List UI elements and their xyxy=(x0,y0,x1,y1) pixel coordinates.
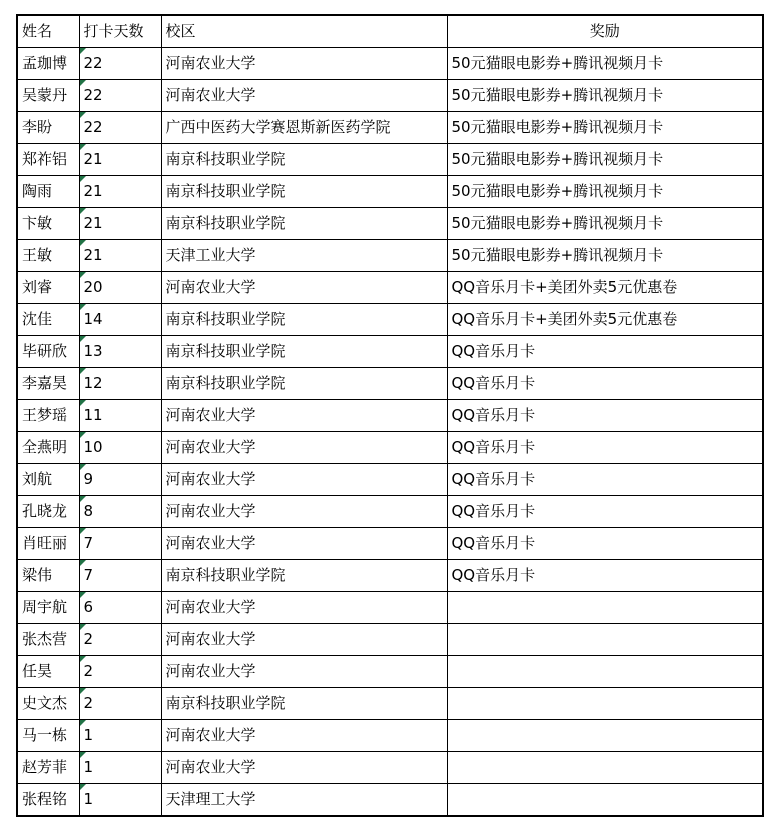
days-value: 8 xyxy=(84,502,94,520)
days-cell: 20 xyxy=(79,272,161,304)
days-value: 1 xyxy=(84,790,94,808)
number-stored-as-text-indicator-icon xyxy=(80,688,86,694)
table-row: 李盼 22 广西中医药大学赛恩斯新医药学院 50元猫眼电影券+腾讯视频月卡 xyxy=(17,112,763,144)
name-cell: 李嘉昊 xyxy=(17,368,79,400)
name-cell: 陶雨 xyxy=(17,176,79,208)
campus-cell: 河南农业大学 xyxy=(161,528,447,560)
days-cell: 21 xyxy=(79,176,161,208)
days-cell: 12 xyxy=(79,368,161,400)
days-value: 22 xyxy=(84,54,103,72)
reward-cell xyxy=(447,688,763,720)
days-value: 7 xyxy=(84,534,94,552)
reward-cell xyxy=(447,720,763,752)
days-cell: 21 xyxy=(79,144,161,176)
col-header-reward: 奖励 xyxy=(447,15,763,48)
days-value: 2 xyxy=(84,662,94,680)
number-stored-as-text-indicator-icon xyxy=(80,80,86,86)
days-cell: 7 xyxy=(79,528,161,560)
campus-cell: 广西中医药大学赛恩斯新医药学院 xyxy=(161,112,447,144)
reward-cell: QQ音乐月卡+美团外卖5元优惠卷 xyxy=(447,272,763,304)
name-cell: 马一栋 xyxy=(17,720,79,752)
days-value: 22 xyxy=(84,118,103,136)
reward-cell xyxy=(447,656,763,688)
number-stored-as-text-indicator-icon xyxy=(80,48,86,54)
table-row: 张程铭 1 天津理工大学 xyxy=(17,784,763,817)
name-cell: 梁伟 xyxy=(17,560,79,592)
number-stored-as-text-indicator-icon xyxy=(80,784,86,790)
reward-cell xyxy=(447,624,763,656)
days-cell: 9 xyxy=(79,464,161,496)
reward-cell: QQ音乐月卡 xyxy=(447,400,763,432)
days-cell: 11 xyxy=(79,400,161,432)
number-stored-as-text-indicator-icon xyxy=(80,144,86,150)
campus-cell: 河南农业大学 xyxy=(161,400,447,432)
number-stored-as-text-indicator-icon xyxy=(80,336,86,342)
days-cell: 6 xyxy=(79,592,161,624)
name-cell: 毕研欣 xyxy=(17,336,79,368)
days-value: 21 xyxy=(84,150,103,168)
header-row: 姓名 打卡天数 校区 奖励 xyxy=(17,15,763,48)
table-row: 郑祚铝 21 南京科技职业学院 50元猫眼电影券+腾讯视频月卡 xyxy=(17,144,763,176)
days-cell: 22 xyxy=(79,112,161,144)
days-cell: 10 xyxy=(79,432,161,464)
days-cell: 21 xyxy=(79,208,161,240)
name-cell: 王梦瑶 xyxy=(17,400,79,432)
campus-cell: 南京科技职业学院 xyxy=(161,336,447,368)
table-row: 梁伟 7 南京科技职业学院 QQ音乐月卡 xyxy=(17,560,763,592)
days-value: 2 xyxy=(84,630,94,648)
days-value: 1 xyxy=(84,726,94,744)
number-stored-as-text-indicator-icon xyxy=(80,432,86,438)
reward-cell: QQ音乐月卡+美团外卖5元优惠卷 xyxy=(447,304,763,336)
table-row: 卞敏 21 南京科技职业学院 50元猫眼电影券+腾讯视频月卡 xyxy=(17,208,763,240)
days-cell: 1 xyxy=(79,784,161,817)
days-cell: 2 xyxy=(79,624,161,656)
number-stored-as-text-indicator-icon xyxy=(80,272,86,278)
number-stored-as-text-indicator-icon xyxy=(80,720,86,726)
table-row: 王敏 21 天津工业大学 50元猫眼电影券+腾讯视频月卡 xyxy=(17,240,763,272)
days-value: 22 xyxy=(84,86,103,104)
days-cell: 13 xyxy=(79,336,161,368)
reward-cell: 50元猫眼电影券+腾讯视频月卡 xyxy=(447,176,763,208)
reward-cell xyxy=(447,592,763,624)
table-row: 毕研欣 13 南京科技职业学院 QQ音乐月卡 xyxy=(17,336,763,368)
days-value: 10 xyxy=(84,438,103,456)
days-cell: 2 xyxy=(79,688,161,720)
name-cell: 孟珈博 xyxy=(17,48,79,80)
reward-cell: 50元猫眼电影券+腾讯视频月卡 xyxy=(447,48,763,80)
table-row: 马一栋 1 河南农业大学 xyxy=(17,720,763,752)
days-value: 21 xyxy=(84,246,103,264)
table-row: 史文杰 2 南京科技职业学院 xyxy=(17,688,763,720)
days-value: 12 xyxy=(84,374,103,392)
reward-cell: QQ音乐月卡 xyxy=(447,560,763,592)
table-row: 孟珈博 22 河南农业大学 50元猫眼电影券+腾讯视频月卡 xyxy=(17,48,763,80)
name-cell: 卞敏 xyxy=(17,208,79,240)
campus-cell: 河南农业大学 xyxy=(161,48,447,80)
table-row: 王梦瑶 11 河南农业大学 QQ音乐月卡 xyxy=(17,400,763,432)
name-cell: 吴蒙丹 xyxy=(17,80,79,112)
campus-cell: 南京科技职业学院 xyxy=(161,144,447,176)
number-stored-as-text-indicator-icon xyxy=(80,304,86,310)
reward-cell: 50元猫眼电影券+腾讯视频月卡 xyxy=(447,240,763,272)
reward-cell xyxy=(447,784,763,817)
name-cell: 李盼 xyxy=(17,112,79,144)
reward-cell: QQ音乐月卡 xyxy=(447,496,763,528)
name-cell: 沈佳 xyxy=(17,304,79,336)
campus-cell: 河南农业大学 xyxy=(161,464,447,496)
name-cell: 任昊 xyxy=(17,656,79,688)
days-cell: 14 xyxy=(79,304,161,336)
days-cell: 22 xyxy=(79,80,161,112)
days-value: 14 xyxy=(84,310,103,328)
reward-cell: QQ音乐月卡 xyxy=(447,464,763,496)
table-row: 周宇航 6 河南农业大学 xyxy=(17,592,763,624)
number-stored-as-text-indicator-icon xyxy=(80,496,86,502)
campus-cell: 河南农业大学 xyxy=(161,80,447,112)
days-cell: 22 xyxy=(79,48,161,80)
name-cell: 周宇航 xyxy=(17,592,79,624)
days-cell: 21 xyxy=(79,240,161,272)
number-stored-as-text-indicator-icon xyxy=(80,240,86,246)
days-value: 2 xyxy=(84,694,94,712)
campus-cell: 南京科技职业学院 xyxy=(161,208,447,240)
name-cell: 张杰营 xyxy=(17,624,79,656)
col-header-campus: 校区 xyxy=(161,15,447,48)
name-cell: 全燕明 xyxy=(17,432,79,464)
campus-cell: 河南农业大学 xyxy=(161,592,447,624)
col-header-name: 姓名 xyxy=(17,15,79,48)
days-value: 9 xyxy=(84,470,94,488)
reward-cell: 50元猫眼电影券+腾讯视频月卡 xyxy=(447,80,763,112)
table-row: 任昊 2 河南农业大学 xyxy=(17,656,763,688)
name-cell: 肖旺丽 xyxy=(17,528,79,560)
campus-cell: 河南农业大学 xyxy=(161,752,447,784)
table-row: 李嘉昊 12 南京科技职业学院 QQ音乐月卡 xyxy=(17,368,763,400)
table-row: 赵芳菲 1 河南农业大学 xyxy=(17,752,763,784)
checkin-rewards-table: 姓名 打卡天数 校区 奖励 孟珈博 22 河南农业大学 50元猫眼电影券+腾讯视… xyxy=(16,14,764,817)
table-row: 刘航 9 河南农业大学 QQ音乐月卡 xyxy=(17,464,763,496)
name-cell: 刘睿 xyxy=(17,272,79,304)
days-cell: 2 xyxy=(79,656,161,688)
days-value: 13 xyxy=(84,342,103,360)
table-row: 刘睿 20 河南农业大学 QQ音乐月卡+美团外卖5元优惠卷 xyxy=(17,272,763,304)
reward-cell: 50元猫眼电影券+腾讯视频月卡 xyxy=(447,144,763,176)
table-row: 张杰营 2 河南农业大学 xyxy=(17,624,763,656)
col-header-days: 打卡天数 xyxy=(79,15,161,48)
number-stored-as-text-indicator-icon xyxy=(80,592,86,598)
table-row: 肖旺丽 7 河南农业大学 QQ音乐月卡 xyxy=(17,528,763,560)
campus-cell: 河南农业大学 xyxy=(161,656,447,688)
campus-cell: 南京科技职业学院 xyxy=(161,368,447,400)
days-cell: 8 xyxy=(79,496,161,528)
number-stored-as-text-indicator-icon xyxy=(80,464,86,470)
reward-cell: QQ音乐月卡 xyxy=(447,368,763,400)
spreadsheet-area: 姓名 打卡天数 校区 奖励 孟珈博 22 河南农业大学 50元猫眼电影券+腾讯视… xyxy=(16,14,764,817)
table-row: 陶雨 21 南京科技职业学院 50元猫眼电影券+腾讯视频月卡 xyxy=(17,176,763,208)
reward-cell: 50元猫眼电影券+腾讯视频月卡 xyxy=(447,112,763,144)
name-cell: 孔晓龙 xyxy=(17,496,79,528)
table-row: 全燕明 10 河南农业大学 QQ音乐月卡 xyxy=(17,432,763,464)
table-row: 孔晓龙 8 河南农业大学 QQ音乐月卡 xyxy=(17,496,763,528)
campus-cell: 南京科技职业学院 xyxy=(161,304,447,336)
number-stored-as-text-indicator-icon xyxy=(80,624,86,630)
number-stored-as-text-indicator-icon xyxy=(80,752,86,758)
reward-cell xyxy=(447,752,763,784)
campus-cell: 河南农业大学 xyxy=(161,496,447,528)
days-cell: 7 xyxy=(79,560,161,592)
number-stored-as-text-indicator-icon xyxy=(80,656,86,662)
days-cell: 1 xyxy=(79,720,161,752)
days-value: 11 xyxy=(84,406,103,424)
name-cell: 史文杰 xyxy=(17,688,79,720)
campus-cell: 河南农业大学 xyxy=(161,272,447,304)
reward-cell: 50元猫眼电影券+腾讯视频月卡 xyxy=(447,208,763,240)
name-cell: 郑祚铝 xyxy=(17,144,79,176)
days-value: 21 xyxy=(84,214,103,232)
table-row: 沈佳 14 南京科技职业学院 QQ音乐月卡+美团外卖5元优惠卷 xyxy=(17,304,763,336)
days-value: 1 xyxy=(84,758,94,776)
campus-cell: 河南农业大学 xyxy=(161,624,447,656)
name-cell: 张程铭 xyxy=(17,784,79,817)
days-value: 6 xyxy=(84,598,94,616)
days-cell: 1 xyxy=(79,752,161,784)
campus-cell: 天津理工大学 xyxy=(161,784,447,817)
number-stored-as-text-indicator-icon xyxy=(80,208,86,214)
reward-cell: QQ音乐月卡 xyxy=(447,336,763,368)
number-stored-as-text-indicator-icon xyxy=(80,400,86,406)
number-stored-as-text-indicator-icon xyxy=(80,368,86,374)
name-cell: 刘航 xyxy=(17,464,79,496)
name-cell: 赵芳菲 xyxy=(17,752,79,784)
campus-cell: 南京科技职业学院 xyxy=(161,688,447,720)
name-cell: 王敏 xyxy=(17,240,79,272)
campus-cell: 河南农业大学 xyxy=(161,720,447,752)
campus-cell: 南京科技职业学院 xyxy=(161,560,447,592)
days-value: 21 xyxy=(84,182,103,200)
number-stored-as-text-indicator-icon xyxy=(80,560,86,566)
table-row: 吴蒙丹 22 河南农业大学 50元猫眼电影券+腾讯视频月卡 xyxy=(17,80,763,112)
reward-cell: QQ音乐月卡 xyxy=(447,528,763,560)
days-value: 20 xyxy=(84,278,103,296)
campus-cell: 河南农业大学 xyxy=(161,432,447,464)
days-value: 7 xyxy=(84,566,94,584)
number-stored-as-text-indicator-icon xyxy=(80,176,86,182)
number-stored-as-text-indicator-icon xyxy=(80,112,86,118)
reward-cell: QQ音乐月卡 xyxy=(447,432,763,464)
campus-cell: 南京科技职业学院 xyxy=(161,176,447,208)
campus-cell: 天津工业大学 xyxy=(161,240,447,272)
number-stored-as-text-indicator-icon xyxy=(80,528,86,534)
